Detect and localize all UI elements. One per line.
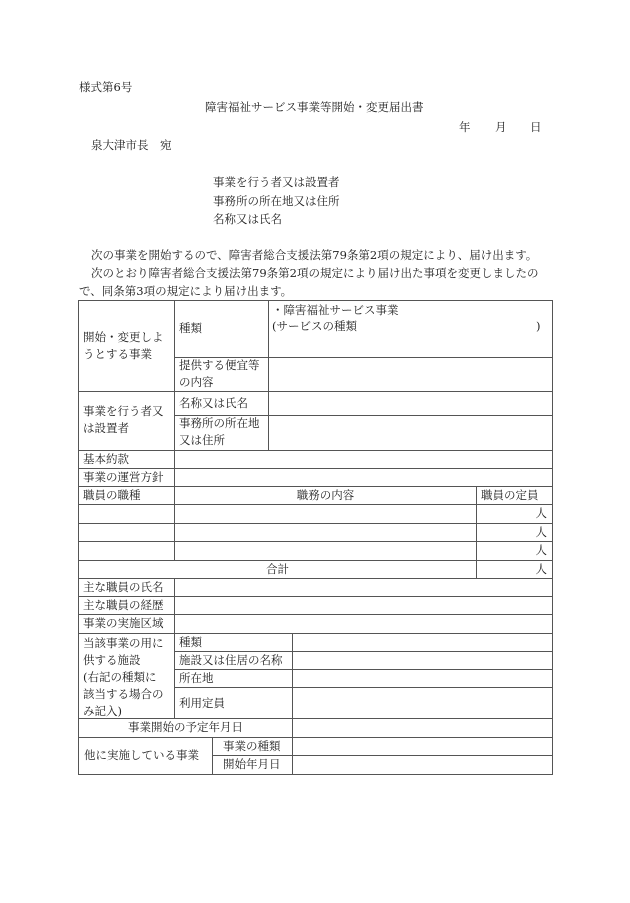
service-area-field[interactable] [175,615,552,632]
business-kind-field[interactable]: ・障害福祉サービス事業 (サービスの種類 [272,302,399,334]
facility-capacity-field[interactable] [293,688,552,717]
addressee: 泉大津市長 宛 [91,140,172,152]
paragraph-start: 次の事業を開始するので、障害者総合支援法第79条第2項の規定により、届け出ます。 [91,250,537,262]
main-staff-names-label: 主な職員の氏名 [83,579,164,596]
facility-location-field[interactable] [293,670,552,686]
main-staff-history-field[interactable] [175,597,552,613]
business-kind-label: 種類 [179,320,202,337]
staff-count-field[interactable]: 人 [477,505,547,522]
policy-field[interactable] [175,469,552,485]
facility-kind-field[interactable] [293,634,552,650]
facility-location-label: 所在地 [179,670,214,687]
basic-terms-field[interactable] [175,451,552,467]
facility-kind-label: 種類 [179,634,202,651]
basic-terms-label: 基本約款 [83,451,129,468]
business-label: 開始・変更しよ うとする事業 [83,329,164,363]
date-day-label: 日 [530,122,542,134]
staff-count-field[interactable]: 人 [477,542,547,559]
other-business-label: 他に実施している事業 [84,747,199,764]
operator-address-field[interactable] [269,416,552,449]
staff-total-label: 合計 [79,561,476,578]
other-business-kind-field[interactable] [293,738,552,754]
form-number: 様式第6号 [79,82,132,94]
business-content-label: 提供する便宜等 の内容 [179,357,260,391]
document-title: 障害福祉サービス事業等開始・変更届出書 [205,102,424,114]
service-kind-close-paren: ) [536,318,541,335]
paragraph-change-line1: 次のとおり障害者総合支援法第79条第2項の規定により届け出た事項を変更しましたの [91,268,538,280]
staff-type-field[interactable] [79,524,173,541]
staff-count-header: 職員の定員 [481,487,539,504]
staff-total-field[interactable]: 人 [477,561,547,578]
other-business-start-label: 開始年月日 [223,756,281,773]
applicant-operator-label: 事業を行う者又は設置者 [213,177,340,189]
service-area-label: 事業の実施区域 [83,615,164,632]
operator-name-field[interactable] [269,392,552,414]
start-date-field[interactable] [293,719,552,736]
other-business-kind-label: 事業の種類 [223,738,281,755]
staff-duties-field[interactable] [175,542,475,559]
staff-duties-field[interactable] [175,505,475,522]
applicant-name-label: 名称又は氏名 [213,214,282,226]
main-staff-history-label: 主な職員の経歴 [83,597,164,614]
applicant-address-label: 事務所の所在地又は住所 [213,196,340,208]
date-month-label: 月 [495,122,507,134]
facility-name-label: 施設又は住居の名称 [179,652,283,669]
staff-duties-field[interactable] [175,524,475,541]
divider [174,300,175,450]
policy-label: 事業の運営方針 [83,469,164,486]
paragraph-change-line2: で、同条第3項の規定により届け出ます。 [79,286,292,298]
start-date-label: 事業開始の予定年月日 [79,719,292,736]
staff-type-header: 職員の職種 [83,487,141,504]
operator-address-label: 事務所の所在地 又は住所 [179,415,260,449]
main-staff-names-field[interactable] [175,579,552,595]
staff-type-field[interactable] [79,505,173,522]
date-year-label: 年 [459,122,471,134]
staff-duties-header: 職務の内容 [175,487,476,504]
other-business-start-field[interactable] [293,756,552,773]
operator-label: 事業を行う者又 は設置者 [83,403,164,437]
business-content-field[interactable] [269,358,552,390]
facility-label: 当該事業の用に 供する施設 (右記の種類に 該当する場合の み記入) [83,635,164,720]
facility-name-field[interactable] [293,652,552,668]
operator-name-label: 名称又は氏名 [179,395,248,412]
staff-type-field[interactable] [79,542,173,559]
staff-count-field[interactable]: 人 [477,524,547,541]
facility-capacity-label: 利用定員 [179,695,225,712]
